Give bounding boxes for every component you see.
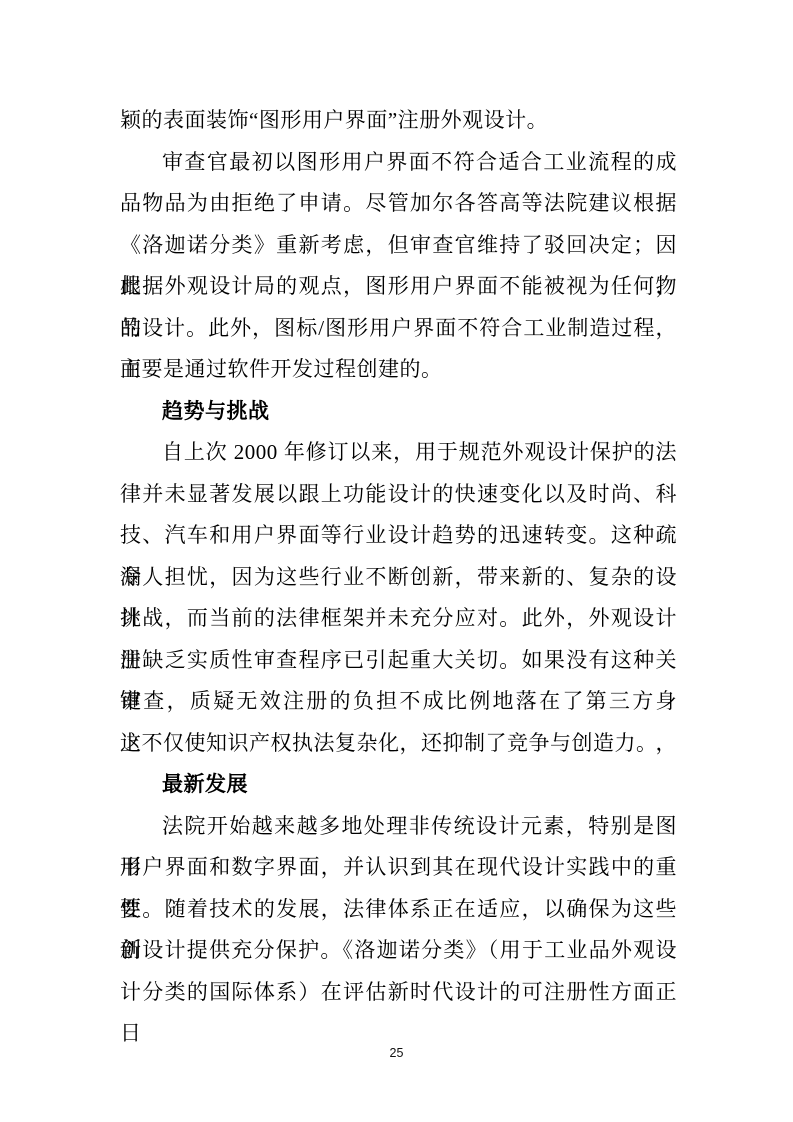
page-number: 25	[390, 1046, 404, 1060]
text-line: 根据外观设计局的观点，图形用户界面不能被视为任何物品	[120, 266, 677, 308]
text-line: 颖的表面装饰“图形用户界面”注册外观设计。	[120, 100, 677, 142]
text-line: 令人担忧，因为这些行业不断创新，带来新的、复杂的设计	[120, 557, 677, 599]
document-body: 颖的表面装饰“图形用户界面”注册外观设计。审查官最初以图形用户界面不符合适合工业…	[120, 100, 677, 1013]
text-line: 律并未显著发展以跟上功能设计的快速变化以及时尚、科	[120, 474, 677, 516]
page-footer: 25	[0, 1044, 793, 1062]
text-line: 《洛迦诺分类》重新考虑，但审查官维持了驳回决定；因此，	[120, 225, 677, 267]
document-page: 颖的表面装饰“图形用户界面”注册外观设计。审查官最初以图形用户界面不符合适合工业…	[0, 0, 793, 1122]
text-line: 品物品为由拒绝了申请。尽管加尔各答高等法院建议根据	[120, 183, 677, 225]
section-heading: 最新发展	[120, 764, 677, 806]
text-line: 挑战，而当前的法律框架并未充分应对。此外，外观设计注	[120, 598, 677, 640]
text-line: 用户界面和数字界面，并认识到其在现代设计实践中的重要	[120, 847, 677, 889]
text-line: 性。随着技术的发展，法律体系正在适应，以确保为这些创	[120, 889, 677, 931]
text-line: 的设计。此外，图标/图形用户界面不符合工业制造过程，而	[120, 308, 677, 350]
text-line: 主要是通过软件开发过程创建的。	[120, 349, 677, 391]
text-line: 这不仅使知识产权执法复杂化，还抑制了竞争与创造力。	[120, 723, 677, 765]
text-line: 自上次 2000 年修订以来，用于规范外观设计保护的法	[120, 432, 677, 474]
text-line: 技、汽车和用户界面等行业设计趋势的迅速转变。这种疏漏	[120, 515, 677, 557]
text-line: 计分类的国际体系）在评估新时代设计的可注册性方面正日	[120, 972, 677, 1014]
text-line: 审查，质疑无效注册的负担不成比例地落在了第三方身上，	[120, 681, 677, 723]
text-line: 册缺乏实质性审查程序已引起重大关切。如果没有这种关键	[120, 640, 677, 682]
text-line: 法院开始越来越多地处理非传统设计元素，特别是图形	[120, 806, 677, 848]
text-line: 审查官最初以图形用户界面不符合适合工业流程的成	[120, 142, 677, 184]
section-heading: 趋势与挑战	[120, 391, 677, 433]
text-line: 新设计提供充分保护。《洛迦诺分类》（用于工业品外观设	[120, 930, 677, 972]
